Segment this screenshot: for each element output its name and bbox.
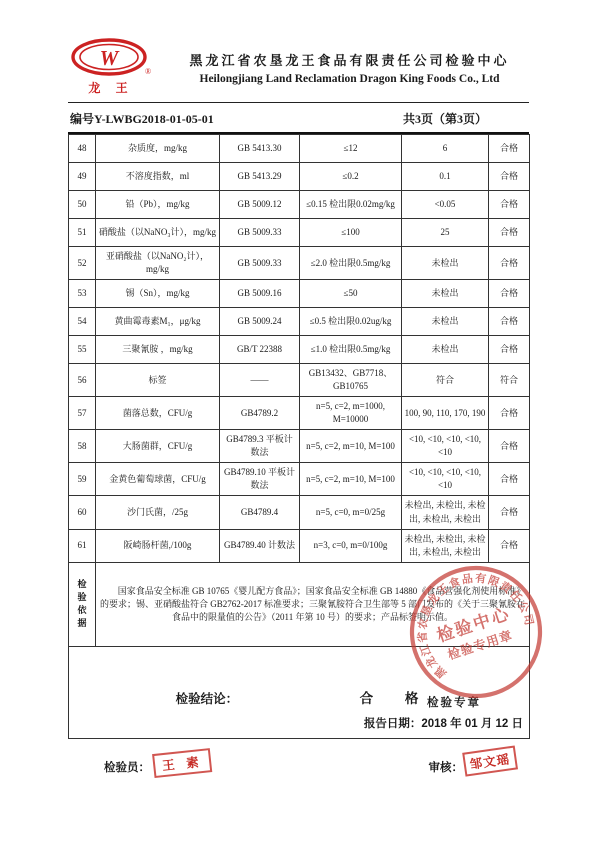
signature-line: 检验员： 王 素 审核： 邹文瑶 (68, 759, 529, 783)
cell-result: 0.1 (402, 163, 489, 191)
cell-test-item: 阪崎肠杆菌,/100g (96, 529, 220, 562)
cell-limit-requirement: ≤0.2 (300, 163, 402, 191)
cell-row-number: 51 (69, 219, 96, 247)
basis-text: 国家食品安全标准 GB 10765《婴儿配方食品》；国家食品安全标准 GB 14… (96, 562, 530, 646)
cell-limit-requirement: n=3, c=0, m=0/100g (300, 529, 402, 562)
cell-method-standard: GB 5009.24 (220, 308, 300, 336)
report-content: W ® 龙 王 黑龙江省农垦龙王食品有限责任公司检验中心 Heilongjian… (68, 38, 529, 783)
cell-limit-requirement: n=5, c=2, m=10, M=100 (300, 430, 402, 463)
cell-result: <0.05 (402, 191, 489, 219)
table-row: 60 沙门氏菌，/25g GB4789.4 n=5, c=0, m=0/25g … (69, 496, 530, 529)
conclusion-label: 检验结论： (176, 692, 239, 706)
results-body: 48 杂质度，mg/kg GB 5413.30 ≤12 6 合格 49 不溶度指… (69, 135, 530, 563)
cell-conclusion: 合格 (489, 191, 530, 219)
cell-conclusion: 合格 (489, 397, 530, 430)
cell-conclusion: 合格 (489, 280, 530, 308)
cell-test-item: 硝酸盐（以NaNO₃计），mg/kg (96, 219, 220, 247)
dragon-king-logo-icon: W ® (69, 38, 153, 78)
cell-limit-requirement: ≤1.0 检出限0.5mg/kg (300, 336, 402, 364)
cell-row-number: 60 (69, 496, 96, 529)
report-header: W ® 龙 王 黑龙江省农垦龙王食品有限责任公司检验中心 Heilongjian… (68, 38, 529, 103)
company-logo: W ® 龙 王 (68, 38, 154, 96)
cell-test-item: 亚硝酸盐（以NaNO₂计），mg/kg (96, 247, 220, 280)
page-count: 共3页（第3页） (403, 110, 527, 127)
logo-text: 龙 王 (68, 79, 154, 96)
cell-result: 未检出 (402, 336, 489, 364)
cell-test-item: 标签 (96, 364, 220, 397)
cell-row-number: 54 (69, 308, 96, 336)
basis-label: 检 验 依 据 (69, 562, 96, 646)
cell-method-standard: GB 5413.30 (220, 135, 300, 163)
cell-test-item: 不溶度指数，ml (96, 163, 220, 191)
cell-test-item: 沙门氏菌，/25g (96, 496, 220, 529)
table-row: 56 标签 —— GB13432、GB7718、GB10765 符合 符合 (69, 364, 530, 397)
table-row: 54 黄曲霉毒素M₁，μg/kg GB 5009.24 ≤0.5 检出限0.02… (69, 308, 530, 336)
cell-method-standard: GB 5009.33 (220, 219, 300, 247)
table-row: 52 亚硝酸盐（以NaNO₂计），mg/kg GB 5009.33 ≤2.0 检… (69, 247, 530, 280)
cell-test-item: 菌落总数，CFU/g (96, 397, 220, 430)
table-row: 59 金黄色葡萄球菌，CFU/g GB4789.10 平板计数法 n=5, c=… (69, 463, 530, 496)
cell-row-number: 53 (69, 280, 96, 308)
cell-row-number: 50 (69, 191, 96, 219)
inspection-report-page: W ® 龙 王 黑龙江省农垦龙王食品有限责任公司检验中心 Heilongjian… (0, 0, 595, 842)
cell-result: 未检出 (402, 247, 489, 280)
table-row: 57 菌落总数，CFU/g GB4789.2 n=5, c=2, m=1000,… (69, 397, 530, 430)
reviewer-label: 审核： (428, 759, 463, 775)
seal-caption: 检验专章 (427, 695, 481, 712)
cell-result: 100, 90, 110, 170, 190 (402, 397, 489, 430)
table-row: 58 大肠菌群，CFU/g GB4789.3 平板计数法 n=5, c=2, m… (69, 430, 530, 463)
reviewer-name-stamp: 邹文瑶 (462, 745, 517, 776)
cell-row-number: 48 (69, 135, 96, 163)
cell-result: 25 (402, 219, 489, 247)
cell-conclusion: 合格 (489, 247, 530, 280)
company-titles: 黑龙江省农垦龙王食品有限责任公司检验中心 Heilongjiang Land R… (170, 50, 529, 85)
cell-result: 未检出, 未检出, 未检出, 未检出, 未检出 (402, 496, 489, 529)
doc-info-line: 编号Y-LWBG2018-01-05-01 共3页（第3页） (68, 103, 529, 134)
cell-method-standard: GB 5413.29 (220, 163, 300, 191)
cell-conclusion: 合格 (489, 430, 530, 463)
table-row: 53 锡（Sn），mg/kg GB 5009.16 ≤50 未检出 合格 (69, 280, 530, 308)
cell-limit-requirement: GB13432、GB7718、GB10765 (300, 364, 402, 397)
inspector-signature: 检验员： 王 素 (104, 759, 212, 783)
cell-row-number: 55 (69, 336, 96, 364)
basis-and-conclusion: 检 验 依 据 国家食品安全标准 GB 10765《婴儿配方食品》；国家食品安全… (69, 562, 530, 738)
cell-method-standard: GB4789.2 (220, 397, 300, 430)
cell-test-item: 金黄色葡萄球菌，CFU/g (96, 463, 220, 496)
table-row: 50 铅（Pb），mg/kg GB 5009.12 ≤0.15 检出限0.02m… (69, 191, 530, 219)
cell-conclusion: 合格 (489, 529, 530, 562)
registered-mark: ® (145, 67, 151, 76)
cell-test-item: 三聚氰胺 ，mg/kg (96, 336, 220, 364)
cell-row-number: 59 (69, 463, 96, 496)
cell-conclusion: 合格 (489, 496, 530, 529)
conclusion-row: 检验结论： 合 格 检验专章 报告日期：2018 年 01 月 12 日 (69, 646, 530, 738)
cell-method-standard: GB4789.10 平板计数法 (220, 463, 300, 496)
cell-method-standard: GB4789.40 计数法 (220, 529, 300, 562)
cell-row-number: 57 (69, 397, 96, 430)
cell-method-standard: GB 5009.12 (220, 191, 300, 219)
cell-result: <10, <10, <10, <10, <10 (402, 430, 489, 463)
cell-result: 未检出 (402, 308, 489, 336)
company-name-cn: 黑龙江省农垦龙王食品有限责任公司检验中心 (170, 50, 529, 69)
cell-method-standard: —— (220, 364, 300, 397)
cell-method-standard: GB 5009.33 (220, 247, 300, 280)
cell-result: 未检出 (402, 280, 489, 308)
cell-result: <10, <10, <10, <10, <10 (402, 463, 489, 496)
cell-limit-requirement: ≤0.15 检出限0.02mg/kg (300, 191, 402, 219)
conclusion-value: 合 格 (360, 691, 433, 706)
cell-method-standard: GB/T 22388 (220, 336, 300, 364)
cell-conclusion: 合格 (489, 463, 530, 496)
cell-conclusion: 合格 (489, 163, 530, 191)
cell-limit-requirement: ≤0.5 检出限0.02ug/kg (300, 308, 402, 336)
cell-conclusion: 合格 (489, 219, 530, 247)
cell-row-number: 49 (69, 163, 96, 191)
cell-limit-requirement: n=5, c=2, m=10, M=100 (300, 463, 402, 496)
cell-limit-requirement: ≤50 (300, 280, 402, 308)
cell-row-number: 61 (69, 529, 96, 562)
conclusion-cell: 检验结论： 合 格 检验专章 报告日期：2018 年 01 月 12 日 (69, 646, 530, 738)
cell-row-number: 52 (69, 247, 96, 280)
table-row: 49 不溶度指数，ml GB 5413.29 ≤0.2 0.1 合格 (69, 163, 530, 191)
cell-row-number: 58 (69, 430, 96, 463)
cell-limit-requirement: ≤100 (300, 219, 402, 247)
cell-row-number: 56 (69, 364, 96, 397)
cell-limit-requirement: ≤12 (300, 135, 402, 163)
test-results-table: 48 杂质度，mg/kg GB 5413.30 ≤12 6 合格 49 不溶度指… (68, 134, 530, 739)
logo-w-mark: W (100, 46, 120, 70)
cell-limit-requirement: ≤2.0 检出限0.5mg/kg (300, 247, 402, 280)
cell-conclusion: 合格 (489, 336, 530, 364)
inspector-name-stamp: 王 素 (152, 748, 213, 778)
cell-test-item: 锡（Sn），mg/kg (96, 280, 220, 308)
cell-result: 6 (402, 135, 489, 163)
cell-method-standard: GB4789.3 平板计数法 (220, 430, 300, 463)
company-name-en: Heilongjiang Land Reclamation Dragon Kin… (170, 73, 529, 85)
table-row: 55 三聚氰胺 ，mg/kg GB/T 22388 ≤1.0 检出限0.5mg/… (69, 336, 530, 364)
report-date: 报告日期：2018 年 01 月 12 日 (364, 716, 523, 733)
cell-test-item: 大肠菌群，CFU/g (96, 430, 220, 463)
cell-conclusion: 符合 (489, 364, 530, 397)
cell-method-standard: GB 5009.16 (220, 280, 300, 308)
cell-conclusion: 合格 (489, 308, 530, 336)
table-row: 51 硝酸盐（以NaNO₃计），mg/kg GB 5009.33 ≤100 25… (69, 219, 530, 247)
cell-test-item: 铅（Pb），mg/kg (96, 191, 220, 219)
reviewer-signature: 审核： 邹文瑶 (428, 759, 517, 783)
table-row: 61 阪崎肠杆菌,/100g GB4789.40 计数法 n=3, c=0, m… (69, 529, 530, 562)
cell-limit-requirement: n=5, c=0, m=0/25g (300, 496, 402, 529)
cell-limit-requirement: n=5, c=2, m=1000, M=10000 (300, 397, 402, 430)
table-row: 48 杂质度，mg/kg GB 5413.30 ≤12 6 合格 (69, 135, 530, 163)
cell-test-item: 杂质度，mg/kg (96, 135, 220, 163)
cell-conclusion: 合格 (489, 135, 530, 163)
cell-result: 符合 (402, 364, 489, 397)
cell-test-item: 黄曲霉毒素M₁，μg/kg (96, 308, 220, 336)
cell-result: 未检出, 未检出, 未检出, 未检出, 未检出 (402, 529, 489, 562)
inspector-label: 检验员： (104, 759, 150, 775)
cell-method-standard: GB4789.4 (220, 496, 300, 529)
inspection-basis-row: 检 验 依 据 国家食品安全标准 GB 10765《婴儿配方食品》；国家食品安全… (69, 562, 530, 646)
report-number: 编号Y-LWBG2018-01-05-01 (70, 110, 214, 127)
